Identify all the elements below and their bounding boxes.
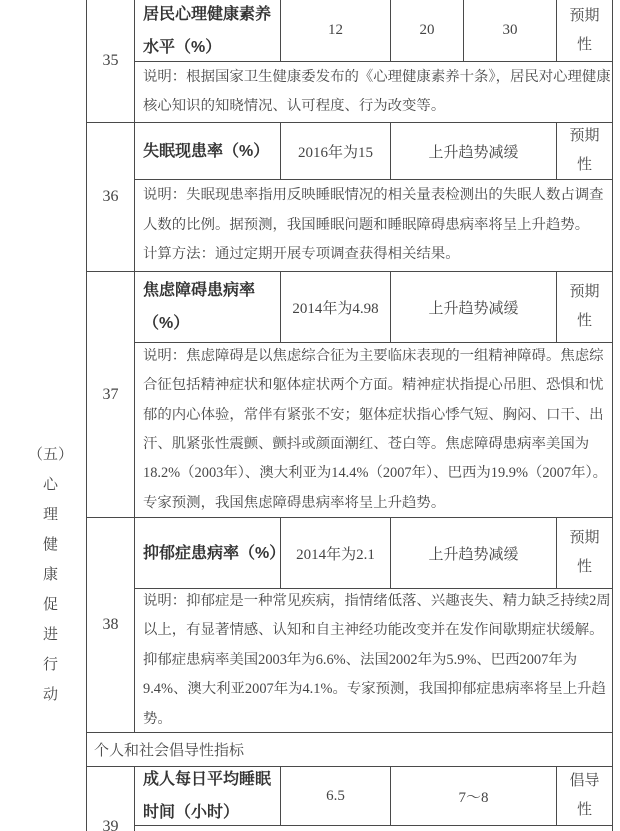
baseline-value: 6.5 (281, 767, 391, 826)
baseline-value: 2014年为2.1 (281, 518, 391, 589)
note-cell: 说明：根据国家卫生健康委发布的《心理健康素养十条》，居民对心理健康核心知识的知晓… (135, 62, 613, 123)
note-cell: 说明：抑郁症是一种常见疾病，指情绪低落、兴趣丧失、精力缺乏持续2周以上，有显著情… (135, 589, 613, 733)
target-trend: 上升趋势减缓 (391, 518, 557, 589)
note-text: 说明：抑郁症是一种常见疾病，指情绪低落、兴趣丧失、精力缺乏持续2周以上，有显著情… (143, 587, 613, 734)
baseline-value: 2016年为15 (281, 123, 391, 180)
value-cell: 30 (464, 0, 557, 62)
indicator-name: 失眠现患率（%） (143, 135, 280, 168)
indicator-name-cell: 成人每日平均睡眠时间（小时） (135, 767, 281, 826)
value-cell: 20 (391, 0, 464, 62)
indicator-name: 成人每日平均睡眠时间（小时） (143, 763, 280, 829)
nature-label: 预期性 (568, 122, 602, 180)
indicator-name: 焦虑障碍患病率（%） (143, 274, 280, 340)
category-line: 动 (15, 680, 86, 710)
nature-cell: 预期性 (557, 0, 613, 62)
target-value: 7～8 (391, 767, 557, 826)
indicator-name: 居民心理健康素养水平（%） (143, 0, 280, 64)
baseline-value: 2014年为4.98 (281, 272, 391, 343)
value-cell: 12 (281, 0, 391, 62)
nature-label: 预期性 (568, 524, 602, 582)
category-cell: （五） 心 理 健 康 促 进 行 动 (15, 0, 87, 831)
category-vertical-text: （五） 心 理 健 康 促 进 行 动 (15, 440, 86, 710)
nature-cell: 预期性 (557, 272, 613, 343)
row-number-cell: 39 (87, 767, 135, 831)
nature-label: 预期性 (568, 278, 602, 336)
indicator-name-cell: 失眠现患率（%） (135, 123, 281, 180)
row-number: 39 (87, 818, 134, 831)
category-line: （五） (15, 440, 86, 470)
nature-cell: 预期性 (557, 123, 613, 180)
category-line: 进 (15, 620, 86, 650)
note-cell: 说明：失眠现患率指用反映睡眠情况的相关量表检测出的失眠人数占调查人数的比例。据预… (135, 180, 613, 272)
row-number: 36 (87, 123, 135, 272)
document-table-page: （五） 心 理 健 康 促 进 行 动 35 居民心理健康素养水平（%） 12 … (0, 0, 620, 831)
nature-label: 倡导性 (568, 767, 602, 825)
note-text: 说明：根据国家卫生健康委发布的《心理健康素养十条》，居民对心理健康核心知识的知晓… (143, 63, 613, 122)
row-number: 35 (87, 0, 135, 123)
note-cell: 说明：焦虑障碍是以焦虑综合征为主要临床表现的一组精神障碍。焦虑综合征包括精神症状… (135, 343, 613, 518)
row-number: 38 (87, 518, 135, 733)
note-cell-cutoff (135, 826, 613, 831)
category-line: 行 (15, 650, 86, 680)
indicator-name: 抑郁症患病率（%） (143, 537, 280, 570)
target-trend: 上升趋势减缓 (391, 123, 557, 180)
category-line: 康 (15, 560, 86, 590)
note-text: 说明：焦虑障碍是以焦虑综合征为主要临床表现的一组精神障碍。焦虑综合征包括精神症状… (143, 342, 613, 518)
category-line: 理 (15, 500, 86, 530)
nature-cell: 预期性 (557, 518, 613, 589)
row-number: 37 (87, 272, 135, 518)
indicator-name-cell: 抑郁症患病率（%） (135, 518, 281, 589)
nature-cell: 倡导性 (557, 767, 613, 826)
note-text: 说明：失眠现患率指用反映睡眠情况的相关量表检测出的失眠人数占调查人数的比例。据预… (143, 181, 613, 240)
target-trend: 上升趋势减缓 (391, 272, 557, 343)
category-line: 心 (15, 470, 86, 500)
note-text: 计算方法：通过定期开展专项调查获得相关结果。 (143, 240, 613, 269)
indicator-name-cell: 居民心理健康素养水平（%） (135, 0, 281, 62)
section-header: 个人和社会倡导性指标 (87, 733, 613, 767)
category-line: 健 (15, 530, 86, 560)
nature-label: 预期性 (568, 2, 602, 60)
indicator-name-cell: 焦虑障碍患病率（%） (135, 272, 281, 343)
category-line: 促 (15, 590, 86, 620)
